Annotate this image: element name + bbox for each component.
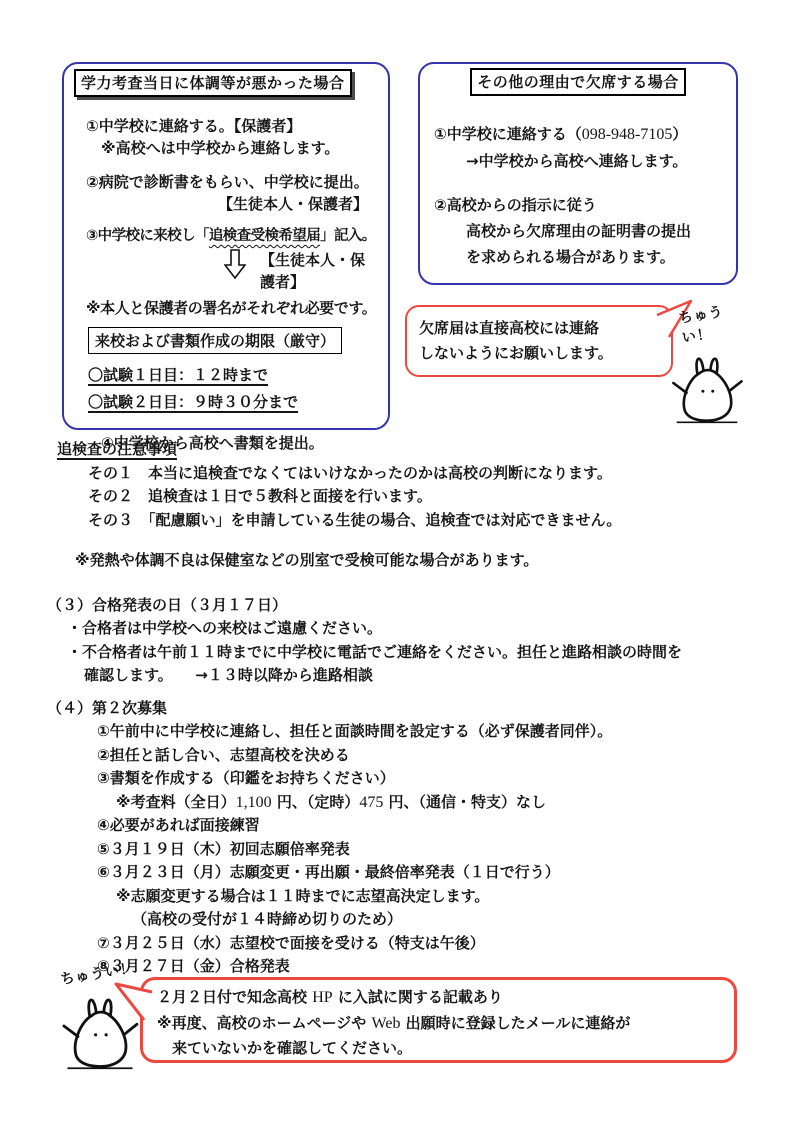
- rabbit-icon: [668, 409, 746, 428]
- caution-rabbit-right: ちゅうい！: [668, 302, 754, 428]
- section4-step6-note: ※志願変更する場合は１１時までに志望高決定します。: [0, 885, 794, 909]
- notice-line1: ２月２日付で知念高校 HP に入試に関する記載あり: [157, 985, 720, 1011]
- section4-step7: ⑦３月２５日（水）志望校で面接を受ける（特支は午後）: [0, 932, 794, 956]
- section4-step3: ③書類を作成する（印鑑をお持ちください）: [0, 767, 794, 791]
- web-word: Web: [372, 1015, 401, 1032]
- sick-step2-actor: 【生徒本人・保護者】: [74, 193, 378, 215]
- notice-line2: ※再度、高校のホームページや Web 出願時に登録したメールに連絡が: [157, 1011, 720, 1037]
- absent-other-reason-box: その他の理由で欠席する場合 ①中学校に連絡する（098-948-7105） →中…: [418, 62, 738, 285]
- document-page: 学力考査当日に体調等が悪かった場合 ①中学校に連絡する。【保護者】 ※高校へは中…: [0, 0, 794, 1123]
- sick-step1-note: ※高校へは中学校から連絡します。: [74, 137, 378, 159]
- absent-step2-sub2: を求められる場合があります。: [466, 245, 726, 269]
- section3-bullet1: ・合格者は中学校への来校はご遠慮ください。: [0, 617, 794, 641]
- fever-note: ※発熱や体調不良は保健室などの別室で受検可能な場合があります。: [0, 549, 794, 573]
- hp-abbrev: HP: [312, 989, 332, 1006]
- phone-number: 098-948-7105: [582, 126, 673, 143]
- fee-parttime: 475: [359, 794, 383, 811]
- signature-note: ※本人と保護者の署名がそれぞれ必要です。: [74, 297, 378, 319]
- down-arrow-icon: [224, 249, 246, 283]
- section4-step6-note2: （高校の受付が１４時締め切りのため）: [0, 908, 794, 932]
- absent-step1-sub: →中学校から高校へ連絡します。: [466, 149, 726, 173]
- section4-heading: （４）第２次募集: [0, 697, 794, 721]
- followup-exam-form-name: 追検査受検希望届: [209, 228, 320, 244]
- followup-heading: 追検査の注意事項: [0, 438, 794, 462]
- caution-label: ちゅうい！: [677, 296, 756, 347]
- deadline-day2: 〇試験２日目：９時３０分まで: [88, 391, 378, 412]
- rabbit-icon-2: [58, 1055, 142, 1074]
- section4-fee-note: ※考査料（全日）1,100 円、（定時）475 円、（通信・特支）なし: [0, 791, 794, 815]
- notice-line3: 来ていないかを確認してください。: [157, 1036, 720, 1061]
- bubble-line1: 欠席届は直接高校には連絡: [419, 316, 659, 341]
- bubble-line2: しないようにお願いします。: [419, 341, 659, 366]
- hp-notice-box: ２月２日付で知念高校 HP に入試に関する記載あり ※再度、高校のホームページや…: [140, 977, 737, 1063]
- followup-item-3: その３ 「配慮願い」を申請している生徒の場合、追検査では対応できません。: [0, 509, 794, 533]
- section4-step6: ⑥３月２３日（月）志願変更・再出願・最終倍率発表（１日で行う）: [0, 861, 794, 885]
- section4-step1: ①午前中に中学校に連絡し、担任と面談時間を設定する（必ず保護者同伴）。: [0, 720, 794, 744]
- absent-step1: ①中学校に連絡する（098-948-7105）: [434, 122, 726, 147]
- section4-step5: ⑤３月１９日（木）初回志願倍率発表: [0, 838, 794, 862]
- section4-step2: ②担任と話し合い、志望高校を決める: [0, 744, 794, 768]
- fee-fullday: 1,100: [236, 794, 272, 811]
- section3-bullet2: ・不合格者は午前１１時までに中学校に電話でご連絡をください。担任と進路相談の時間…: [0, 641, 794, 665]
- no-direct-contact-bubble: 欠席届は直接高校には連絡 しないようにお願いします。: [405, 305, 673, 377]
- body-text: 追検査の注意事項 その１ 本当に追検査でなくてはいけなかったのかは高校の判断にな…: [0, 438, 794, 979]
- deadline-heading: 来校および書類作成の期限（厳守）: [88, 327, 342, 354]
- sick-on-exam-day-box: 学力考査当日に体調等が悪かった場合 ①中学校に連絡する。【保護者】 ※高校へは中…: [62, 62, 390, 430]
- sick-step3-actor: 【生徒本人・保護者】: [260, 249, 378, 293]
- arrow-row: 【生徒本人・保護者】: [224, 249, 378, 293]
- sick-step1: ①中学校に連絡する。【保護者】: [74, 115, 378, 137]
- sick-box-title: 学力考査当日に体調等が悪かった場合: [74, 69, 352, 97]
- followup-item-1: その１ 本当に追検査でなくてはいけなかったのかは高校の判断になります。: [0, 462, 794, 486]
- sick-step3: ③中学校に来校し「追検査受検希望届」記入。: [74, 225, 378, 247]
- sick-step2: ②病院で診断書をもらい、中学校に提出。: [74, 171, 378, 193]
- section3-bullet2-cont: 確認します。 →１３時以降から進路相談: [0, 664, 794, 688]
- absent-box-title: その他の理由で欠席する場合: [470, 68, 686, 96]
- followup-item-2: その２ 追検査は１日で５教科と面接を行います。: [0, 485, 794, 509]
- section4-step4: ④必要があれば面接練習: [0, 814, 794, 838]
- deadline-day1: 〇試験１日目：１２時まで: [88, 364, 378, 385]
- caution-rabbit-bottom: ちゅうい！: [58, 962, 150, 1074]
- absent-step2: ②高校からの指示に従う: [434, 193, 726, 217]
- absent-step2-sub1: 高校から欠席理由の証明書の提出: [466, 219, 726, 243]
- section3-heading: （３）合格発表の日（３月１７日）: [0, 594, 794, 618]
